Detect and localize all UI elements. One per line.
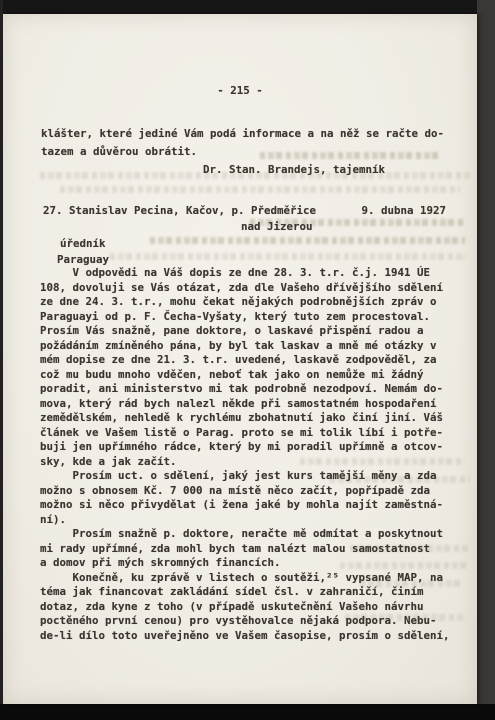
scanned-book-page: - 215 - klášter, které jediné Vám podá i… <box>0 0 495 720</box>
document-page: - 215 - klášter, které jediné Vám podá i… <box>3 14 477 704</box>
letter-heading-line: 27. Stanislav Pecina, Kačov, p. Předměři… <box>43 204 446 219</box>
ink-bleedthrough <box>110 253 465 260</box>
scan-border-top <box>0 0 495 14</box>
signature-line: Dr. Stan. Brandejs, tajemník <box>203 163 385 178</box>
ink-bleedthrough <box>150 237 465 244</box>
scan-border-right <box>477 0 495 720</box>
scan-border-bottom <box>0 704 495 720</box>
letter-body: V odpovědi na Váš dopis ze dne 28. 3. t.… <box>40 266 450 643</box>
closing-paragraph: klášter, které jediné Vám podá informace… <box>41 125 444 160</box>
page-number: - 215 - <box>3 84 477 99</box>
letter-heading-place: nad Jizerou <box>241 220 313 235</box>
ink-bleedthrough <box>60 186 460 193</box>
sender-occupation: úředník <box>60 237 106 252</box>
